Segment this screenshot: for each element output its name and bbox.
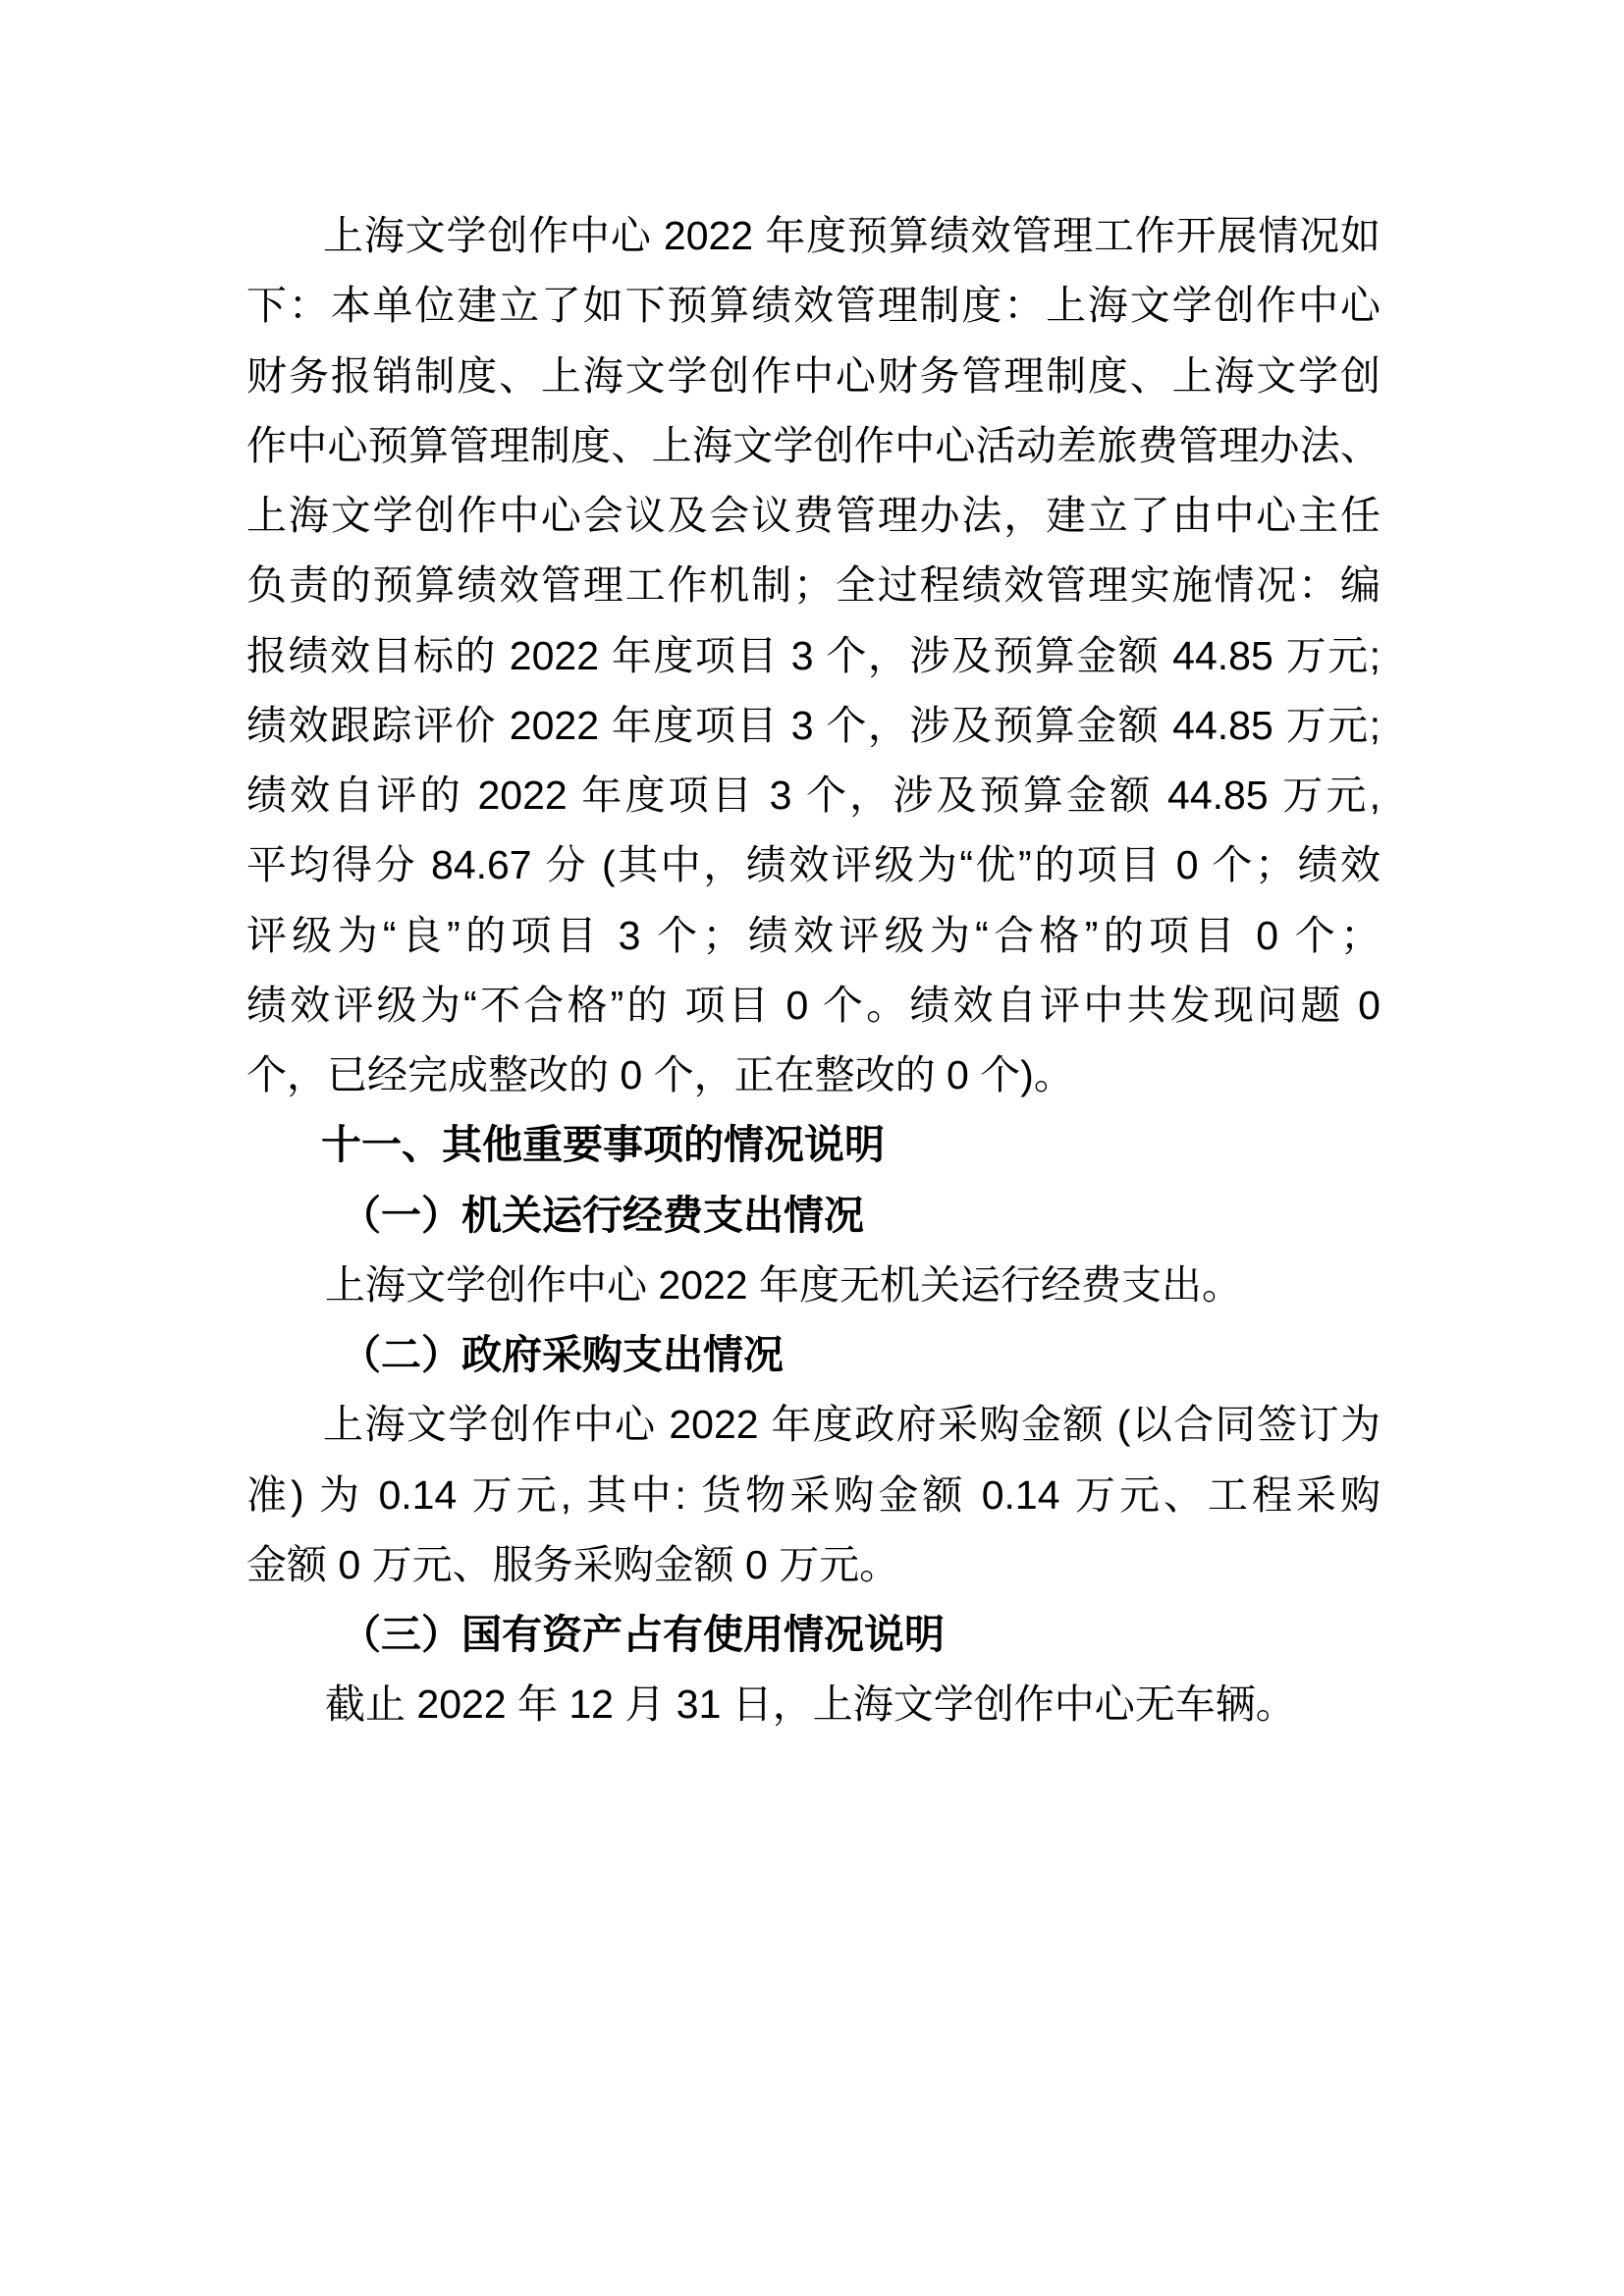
subsection-heading-2: （二）政府采购支出情况 xyxy=(246,1320,1380,1390)
paragraph-line: 财务报销制度、上海文学创作中心财务管理制度、上海文学创 xyxy=(246,342,1380,411)
paragraph-line: 评级为“良”的项目 3 个；绩效评级为“合格”的项目 0 个； xyxy=(246,901,1380,971)
paragraph-line: 绩效跟踪评价 2022 年度项目 3 个，涉及预算金额 44.85 万元; xyxy=(246,691,1380,761)
paragraph-line: 作中心预算管理制度、上海文学创作中心活动差旅费管理办法、 xyxy=(246,411,1380,481)
paragraph-line: 上海文学创作中心会议及会议费管理办法，建立了由中心主任 xyxy=(246,481,1380,551)
paragraph-line: 准) 为 0.14 万元, 其中: 货物采购金额 0.14 万元、工程采购 xyxy=(246,1461,1380,1530)
section-heading-11: 十一、其他重要事项的情况说明 xyxy=(246,1110,1380,1180)
paragraph-line: 金额 0 万元、服务采购金额 0 万元。 xyxy=(246,1530,1380,1600)
paragraph-line: 绩效评级为“不合格”的 项目 0 个。绩效自评中共发现问题 0 xyxy=(246,971,1380,1041)
subsection-heading-1: （一）机关运行经费支出情况 xyxy=(246,1181,1380,1251)
paragraph-line: 负责的预算绩效管理工作机制；全过程绩效管理实施情况：编 xyxy=(246,551,1380,620)
paragraph-line: 个，已经完成整改的 0 个，正在整改的 0 个)。 xyxy=(246,1041,1380,1110)
report-text-block: 上海文学创作中心 2022 年度预算绩效管理工作开展情况如 下：本单位建立了如下… xyxy=(246,201,1380,1740)
paragraph-line: 绩效自评的 2022 年度项目 3 个，涉及预算金额 44.85 万元, xyxy=(246,761,1380,830)
paragraph-line: 上海文学创作中心 2022 年度政府采购金额 (以合同签订为 xyxy=(246,1390,1380,1460)
paragraph-line: 截止 2022 年 12 月 31 日，上海文学创作中心无车辆。 xyxy=(246,1670,1380,1739)
paragraph-line: 报绩效目标的 2022 年度项目 3 个，涉及预算金额 44.85 万元; xyxy=(246,621,1380,691)
subsection-heading-3: （三）国有资产占有使用情况说明 xyxy=(246,1600,1380,1670)
paragraph-line: 平均得分 84.67 分 (其中，绩效评级为“优”的项目 0 个；绩效 xyxy=(246,830,1380,900)
paragraph-line: 上海文学创作中心 2022 年度无机关运行经费支出。 xyxy=(246,1251,1380,1320)
paragraph-line: 上海文学创作中心 2022 年度预算绩效管理工作开展情况如 xyxy=(246,201,1380,271)
paragraph-line: 下：本单位建立了如下预算绩效管理制度：上海文学创作中心 xyxy=(246,271,1380,341)
document-page: 上海文学创作中心 2022 年度预算绩效管理工作开展情况如 下：本单位建立了如下… xyxy=(0,0,1624,2296)
